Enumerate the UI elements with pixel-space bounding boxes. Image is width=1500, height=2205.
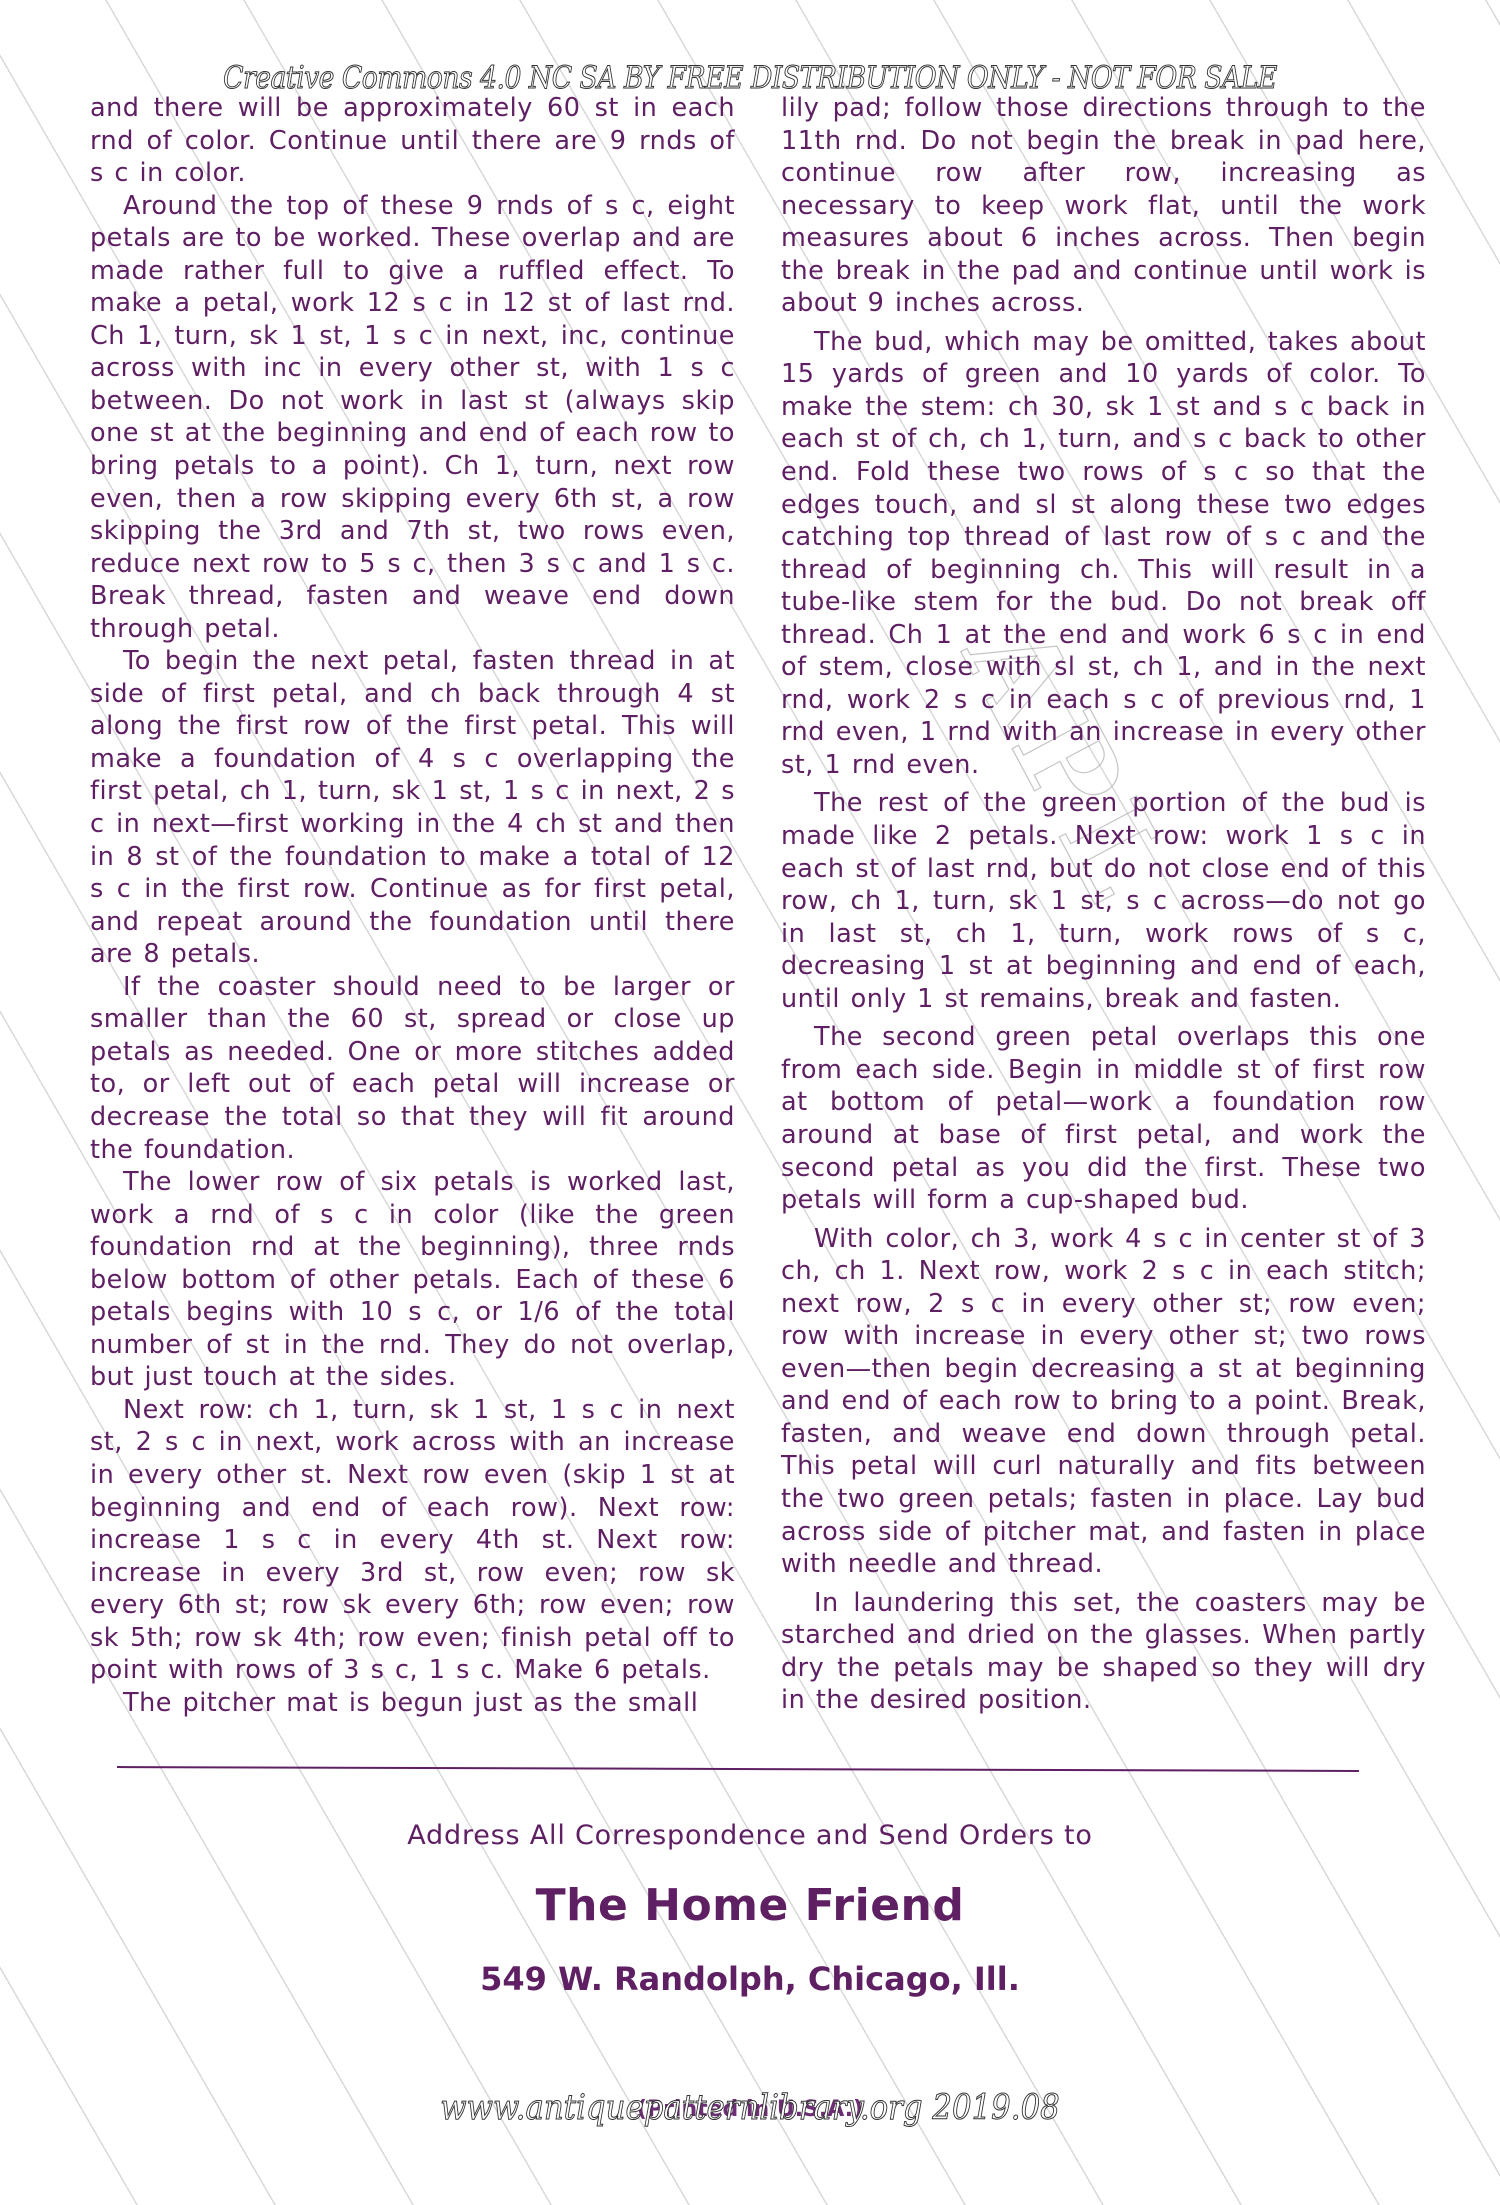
- correspondence-note: Address All Correspondence and Send Orde…: [0, 1820, 1500, 1851]
- paragraph: The pitcher mat is begun just as the sma…: [90, 1687, 735, 1720]
- paragraph: The bud, which may be omitted, takes abo…: [781, 326, 1426, 782]
- paragraph: Around the top of these 9 rnds of s c, e…: [90, 190, 735, 646]
- license-watermark: Creative Commons 4.0 NC SA BY FREE DISTR…: [105, 60, 1395, 96]
- publisher-name: The Home Friend: [0, 1880, 1500, 1931]
- paragraph: Next row: ch 1, turn, sk 1 st, 1 s c in …: [90, 1394, 735, 1687]
- paragraph: lily pad; follow those directions throug…: [781, 92, 1426, 320]
- paragraph: With color, ch 3, work 4 s c in center s…: [781, 1223, 1426, 1581]
- watermark-logo-left: APL: [0, 520, 20, 849]
- paragraph: The lower row of six petals is worked la…: [90, 1166, 735, 1394]
- paragraph: and there will be approximately 60 st in…: [90, 92, 735, 190]
- paragraph: The rest of the green portion of the bud…: [781, 787, 1426, 1015]
- left-column: and there will be approximately 60 st in…: [90, 92, 735, 1719]
- publisher-address: 549 W. Randolph, Chicago, Ill.: [0, 1960, 1500, 1998]
- paragraph: In laundering this set, the coasters may…: [781, 1587, 1426, 1717]
- site-watermark: www.antiquepatternlibrary.org 2019.08: [90, 2088, 1410, 2128]
- paragraph: If the coaster should need to be larger …: [90, 971, 735, 1166]
- right-column: lily pad; follow those directions throug…: [781, 92, 1426, 1717]
- paragraph: To begin the next petal, fasten thread i…: [90, 645, 735, 970]
- horizontal-rule: [117, 1766, 1359, 1772]
- paragraph: The second green petal overlaps this one…: [781, 1021, 1426, 1216]
